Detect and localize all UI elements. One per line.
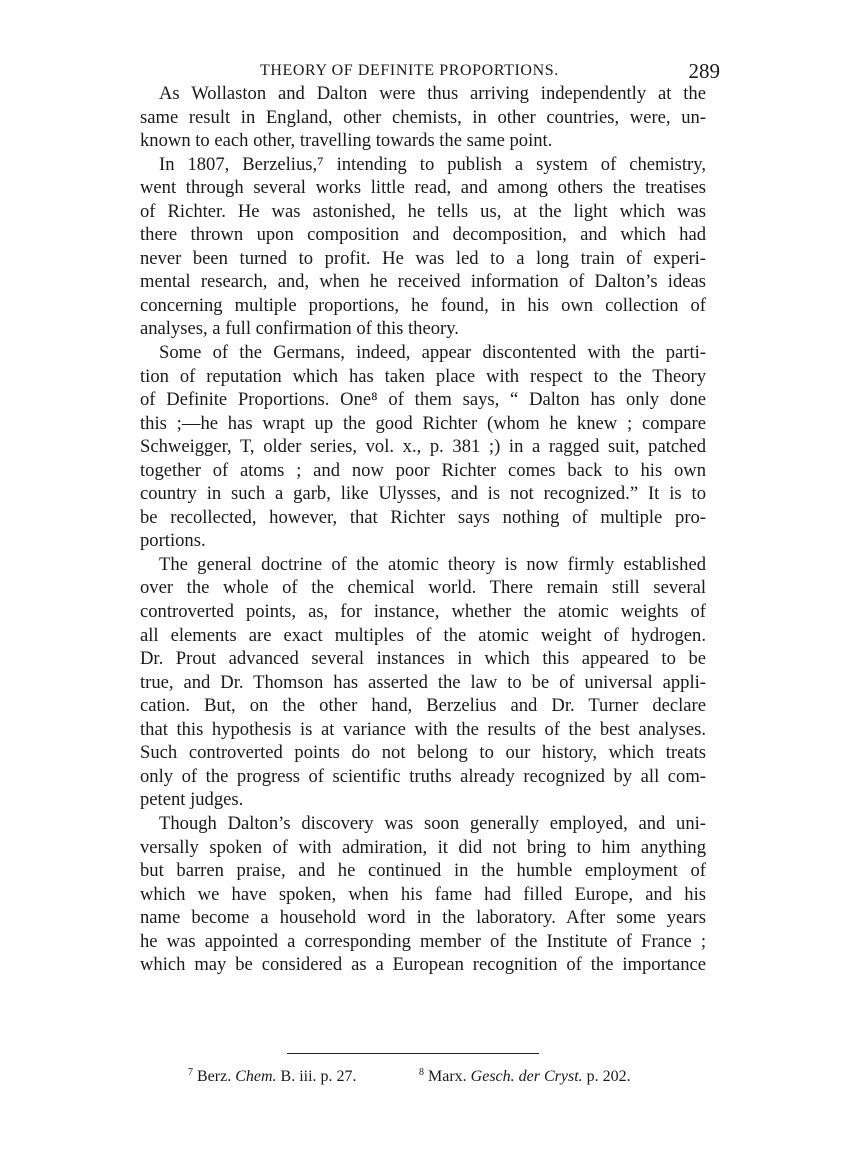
book-page: THEORY OF DEFINITE PROPORTIONS. 289 As W… — [0, 0, 850, 1150]
text-line: known to each other, travelling towards … — [140, 129, 706, 153]
text-line: petent judges. — [140, 788, 706, 812]
text-line: controverted points, as, for instance, w… — [140, 600, 706, 624]
footnote-rule — [287, 1053, 539, 1054]
text-line: Such controverted points do not belong t… — [140, 741, 706, 765]
text-line: of Definite Proportions. One⁸ of them sa… — [140, 388, 706, 412]
footnote-marker: 8 — [419, 1067, 424, 1078]
page-number: 289 — [689, 59, 721, 84]
text-line: portions. — [140, 529, 706, 553]
text-line: cation. But, on the other hand, Berzeliu… — [140, 694, 706, 718]
text-line: In 1807, Berzelius,⁷ intending to publis… — [140, 153, 706, 177]
text-line: The general doctrine of the atomic theor… — [140, 553, 706, 577]
text-line: only of the progress of scientific truth… — [140, 765, 706, 789]
footnote-8: 8 Marx. Gesch. der Cryst. p. 202. — [419, 1068, 631, 1086]
text-line: there thrown upon composition and decomp… — [140, 223, 706, 247]
text-line: all elements are exact multiples of the … — [140, 624, 706, 648]
text-line: versally spoken of with admiration, it d… — [140, 836, 706, 860]
text-line: over the whole of the chemical world. Th… — [140, 576, 706, 600]
text-line: never been turned to profit. He was led … — [140, 247, 706, 271]
text-line: name become a household word in the labo… — [140, 906, 706, 930]
text-line: concerning multiple proportions, he foun… — [140, 294, 706, 318]
text-line: which may be considered as a European re… — [140, 953, 706, 977]
text-line: he was appointed a corresponding member … — [140, 930, 706, 954]
footnote-7: 7 Berz. Chem. B. iii. p. 27. — [188, 1068, 357, 1086]
text-line: country in such a garb, like Ulysses, an… — [140, 482, 706, 506]
footnotes: 7 Berz. Chem. B. iii. p. 27. 8 Marx. Ges… — [0, 1068, 850, 1092]
footnote-marker: 7 — [188, 1067, 193, 1078]
text-line: which we have spoken, when his fame had … — [140, 883, 706, 907]
text-line: same result in England, other chemists, … — [140, 106, 706, 130]
footnote-text: Berz. — [197, 1068, 231, 1085]
text-line: Though Dalton’s discovery was soon gener… — [140, 812, 706, 836]
footnote-reference: B. iii. p. 27. — [281, 1068, 357, 1085]
text-line: Dr. Prout advanced several instances in … — [140, 647, 706, 671]
text-line: of Richter. He was astonished, he tells … — [140, 200, 706, 224]
text-line: be recollected, however, that Richter sa… — [140, 506, 706, 530]
text-line: As Wollaston and Dalton were thus arrivi… — [140, 82, 706, 106]
text-line: this ;—he has wrapt up the good Richter … — [140, 412, 706, 436]
text-line: mental research, and, when he received i… — [140, 270, 706, 294]
text-line: true, and Dr. Thomson has asserted the l… — [140, 671, 706, 695]
body-text: As Wollaston and Dalton were thus arrivi… — [140, 82, 706, 977]
text-line: went through several works little read, … — [140, 176, 706, 200]
running-head-title: THEORY OF DEFINITE PROPORTIONS. — [260, 62, 559, 80]
footnote-italic-title: Gesch. der Cryst. — [471, 1068, 583, 1085]
footnote-reference: p. 202. — [587, 1068, 631, 1085]
text-line: Some of the Germans, indeed, appear disc… — [140, 341, 706, 365]
text-line: tion of reputation which has taken place… — [140, 365, 706, 389]
text-line: together of atoms ; and now poor Richter… — [140, 459, 706, 483]
footnote-text: Marx. — [428, 1068, 467, 1085]
text-line: Schweigger, T, older series, vol. x., p.… — [140, 435, 706, 459]
text-line: but barren praise, and he continued in t… — [140, 859, 706, 883]
footnote-italic-title: Chem. — [235, 1068, 276, 1085]
text-line: that this hypothesis is at variance with… — [140, 718, 706, 742]
text-line: analyses, a full confirmation of this th… — [140, 317, 706, 341]
